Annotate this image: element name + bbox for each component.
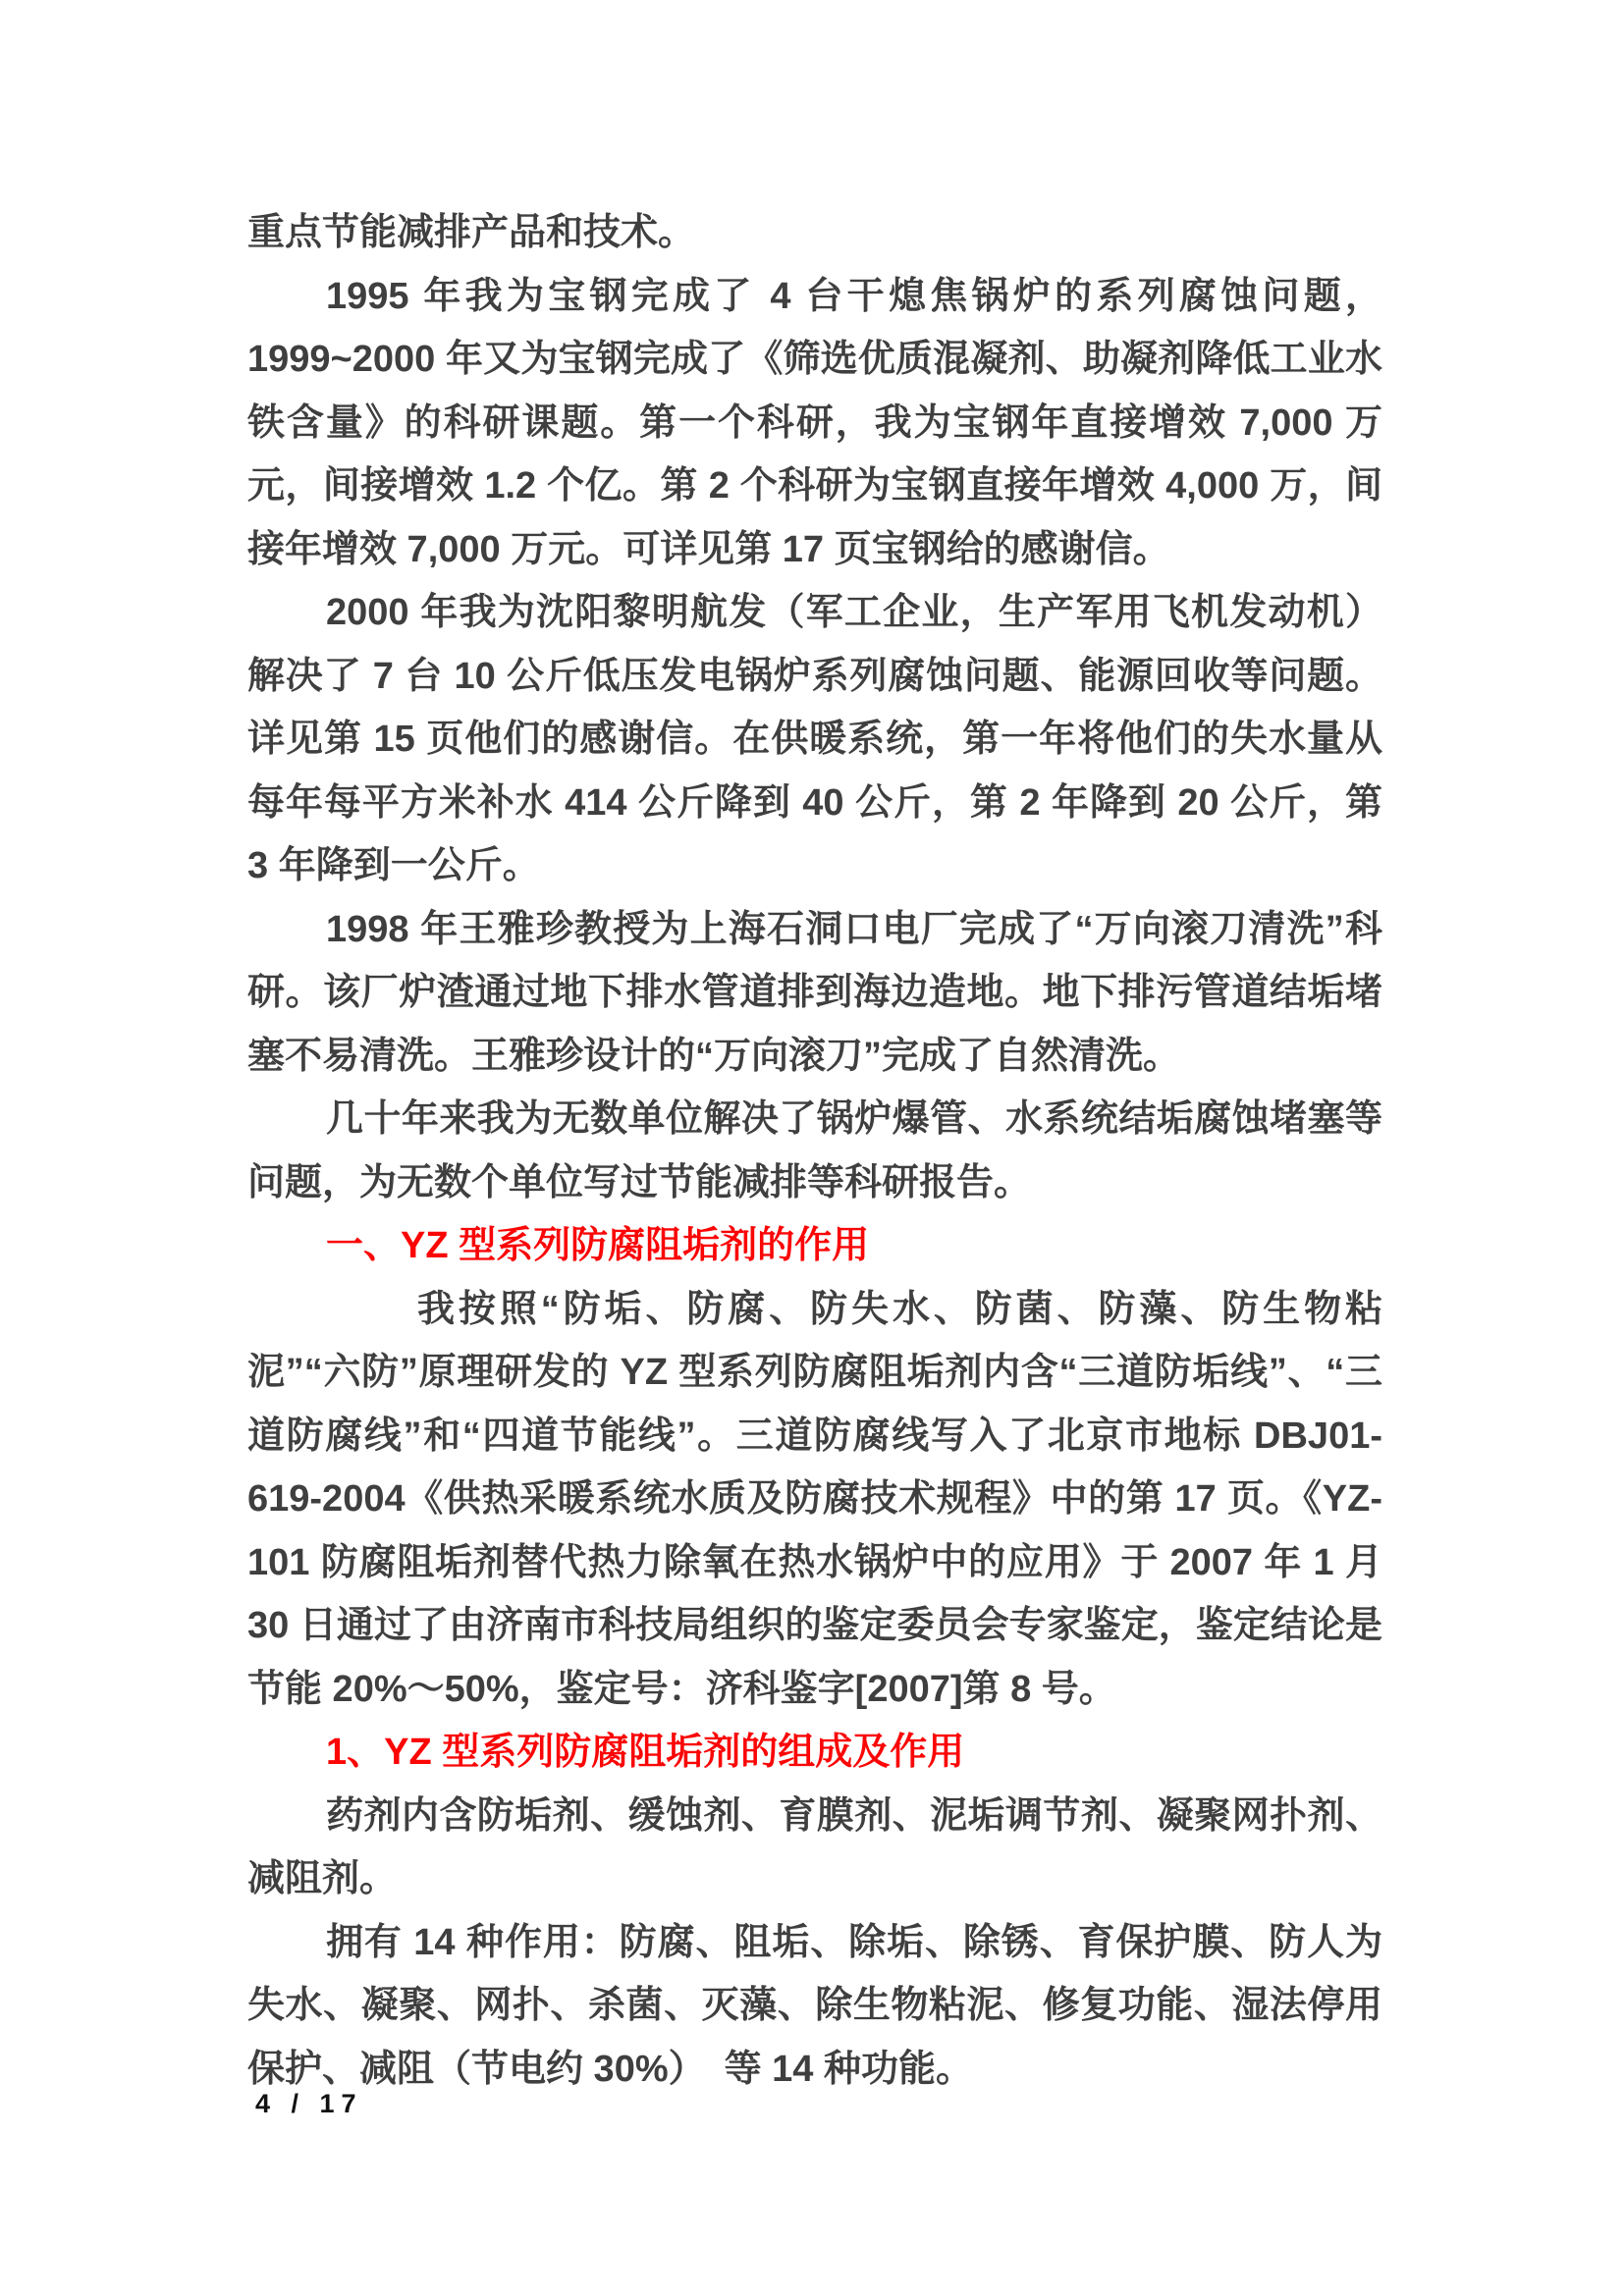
paragraph-baosteel-1995: 1995 年我为宝钢完成了 4 台干熄焦锅炉的系列腐蚀问题，1999~2000 … [247,265,1382,582]
section-heading-yz-function: 一、YZ 型系列防腐阻垢剂的作用 [247,1214,1382,1278]
subsection-heading-composition: 1、YZ 型系列防腐阻垢剂的组成及作用 [247,1721,1382,1785]
paragraph-agent-components: 药剂内含防垢剂、缓蚀剂、育膜剂、泥垢调节剂、凝聚网扑剂、减阻剂。 [247,1785,1382,1911]
paragraph-six-defenses: 我按照“防垢、防腐、防失水、防菌、防藻、防生物粘泥”“六防”原理研发的 YZ 型… [247,1278,1382,1722]
paragraph-shenyang-2000: 2000 年我为沈阳黎明航发（军工企业，生产军用飞机发动机）解决了 7 台 10… [247,581,1382,898]
paragraph-decades-summary: 几十年来我为无数单位解决了锅炉爆管、水系统结垢腐蚀堵塞等问题，为无数个单位写过节… [247,1088,1382,1214]
document-text-block: 重点节能减排产品和技术。 1995 年我为宝钢完成了 4 台干熄焦锅炉的系列腐蚀… [247,201,1382,2101]
paragraph-14-functions: 拥有 14 种作用：防腐、阻垢、除垢、除锈、育保护膜、防人为失水、凝聚、网扑、杀… [247,1911,1382,2102]
page-number: 4 / 17 [255,2089,363,2119]
paragraph-continuation: 重点节能减排产品和技术。 [247,201,1382,265]
document-page: 重点节能减排产品和技术。 1995 年我为宝钢完成了 4 台干熄焦锅炉的系列腐蚀… [0,0,1624,2296]
paragraph-shanghai-1998: 1998 年王雅珍教授为上海石洞口电厂完成了“万向滚刀清洗”科研。该厂炉渣通过地… [247,898,1382,1089]
